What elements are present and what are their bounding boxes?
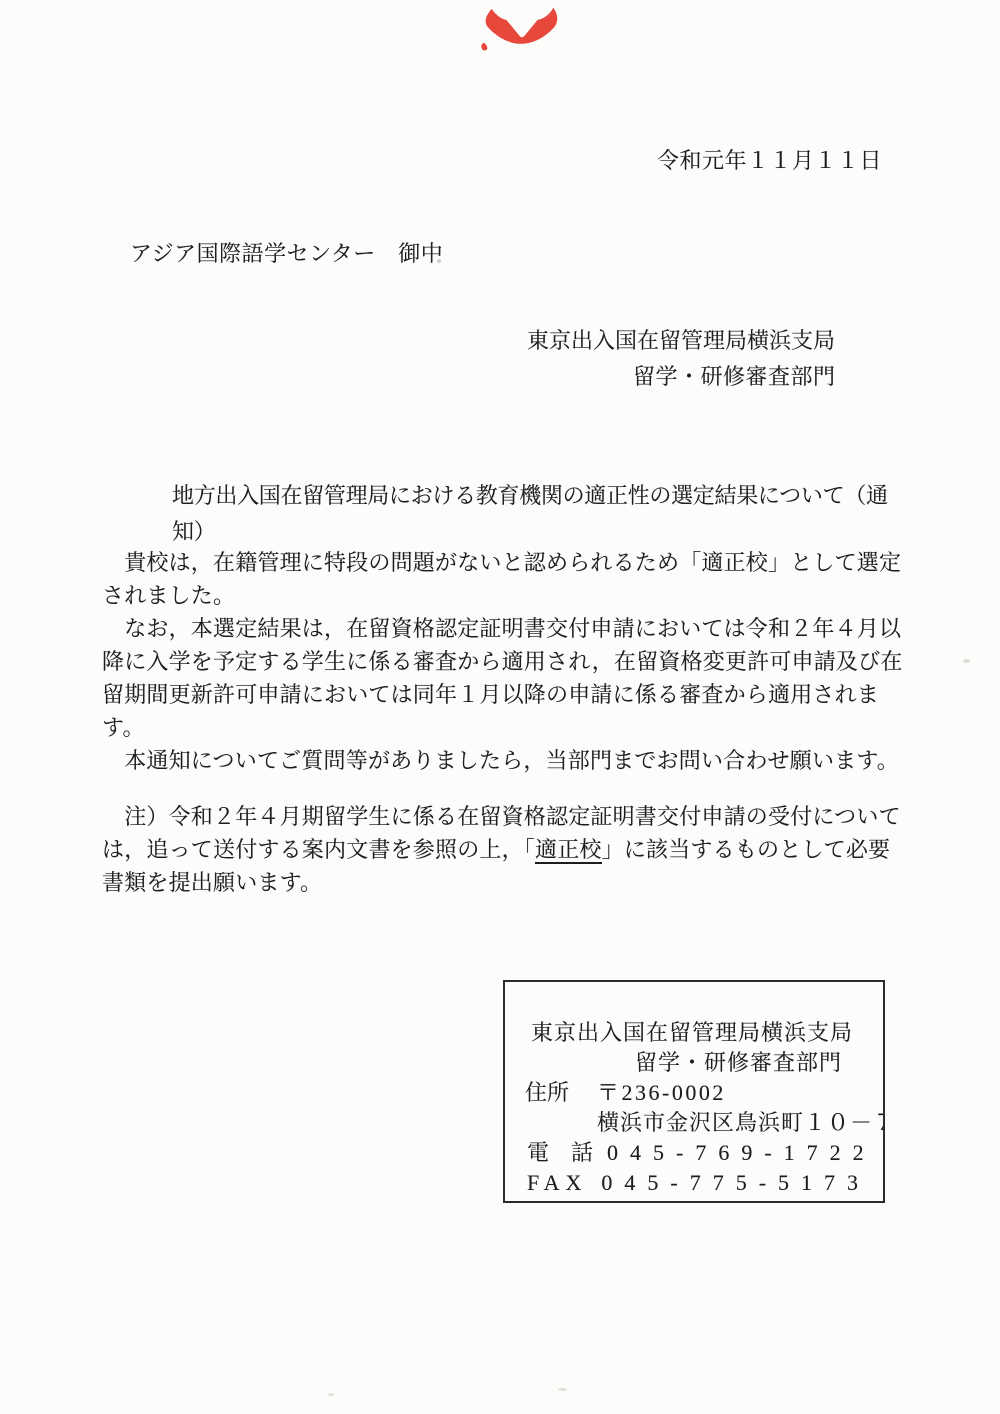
sender-org: 東京出入国在留管理局横浜支局 bbox=[527, 323, 836, 359]
letter-body: 貴校は，在籍管理に特段の問題がないと認められるため「適正校」として選定 されまし… bbox=[102, 546, 902, 899]
letter-date: 令和元年１１月１１日 bbox=[657, 144, 882, 175]
contact-postal-code: 〒236-0002 bbox=[597, 1080, 726, 1105]
stamp-wing-shape bbox=[486, 8, 558, 44]
body-line-2: されました。 bbox=[102, 579, 902, 612]
note-line-3: 書類を提出願います。 bbox=[102, 866, 902, 899]
subject-title-line1: 地方出入国在留管理局における教育機関の適正性の選定結果について（通 bbox=[172, 478, 888, 514]
red-stamp-logo-icon bbox=[476, 2, 568, 58]
contact-phone-number: 045-769-1722 bbox=[607, 1140, 876, 1165]
red-stamp-logo-svg bbox=[476, 2, 568, 58]
body-line-5: 留期間更新許可申請においては同年１月以降の申請に係る審査から適用されま bbox=[102, 678, 902, 711]
contact-info-box: 東京出入国在留管理局横浜支局 留学・研修審査部門 住所〒236-0002 横浜市… bbox=[503, 980, 885, 1203]
scanned-letter-page: 令和元年１１月１１日 アジア国際語学センター 御中 東京出入国在留管理局横浜支局… bbox=[0, 0, 1000, 1414]
note-line2-post: 」に該当するものとして必要 bbox=[602, 837, 891, 862]
sender-dept: 留学・研修審査部門 bbox=[633, 359, 836, 395]
body-line-4: 降に入学を予定する学生に係る審査から適用され，在留資格変更許可申請及び在 bbox=[102, 645, 902, 678]
contact-phone-label: 電 話 bbox=[527, 1140, 593, 1165]
body-line-6: す。 bbox=[102, 711, 902, 744]
addressee-line: アジア国際語学センター 御中 bbox=[130, 237, 443, 268]
body-line-3: なお，本選定結果は，在留資格認定証明書交付申請においては令和２年４月以 bbox=[102, 612, 902, 645]
stamp-comma-speck bbox=[481, 43, 487, 51]
contact-street-address: 横浜市金沢区鳥浜町１０－７ bbox=[505, 1108, 883, 1138]
contact-fax-number: 045-775-5173 bbox=[601, 1170, 870, 1195]
scan-artifact bbox=[328, 1393, 334, 1396]
note-line-2: は，追って送付する案内文書を参照の上，「適正校」に該当するものとして必要 bbox=[102, 833, 902, 866]
subject-title-line2: 知） bbox=[172, 514, 888, 550]
contact-fax-row: FAX045-775-5173 bbox=[505, 1168, 883, 1198]
scan-artifact bbox=[437, 259, 441, 263]
sender-block: 東京出入国在留管理局横浜支局 留学・研修審査部門 bbox=[527, 323, 836, 395]
note-paragraph: 注）令和２年４月期留学生に係る在留資格認定証明書交付申請の受付について は，追っ… bbox=[102, 800, 902, 899]
note-underlined-term: 適正校 bbox=[535, 837, 602, 864]
body-line-7: 本通知についてご質問等がありましたら，当部門までお問い合わせ願います。 bbox=[102, 744, 902, 777]
contact-fax-label: FAX bbox=[527, 1170, 587, 1195]
note-line-1: 注）令和２年４月期留学生に係る在留資格認定証明書交付申請の受付について bbox=[102, 800, 902, 833]
contact-phone-row: 電 話045-769-1722 bbox=[505, 1138, 883, 1168]
contact-dept: 留学・研修審査部門 bbox=[505, 1048, 883, 1078]
scan-artifact bbox=[558, 1388, 567, 1391]
scan-artifact bbox=[963, 659, 970, 663]
body-line-1: 貴校は，在籍管理に特段の問題がないと認められるため「適正校」として選定 bbox=[102, 546, 902, 579]
contact-address-label: 住所 bbox=[525, 1080, 569, 1105]
subject-title: 地方出入国在留管理局における教育機関の適正性の選定結果について（通 知） bbox=[172, 478, 888, 550]
contact-address-row: 住所〒236-0002 bbox=[505, 1078, 883, 1108]
contact-org: 東京出入国在留管理局横浜支局 bbox=[505, 1018, 883, 1048]
note-line2-pre: は，追って送付する案内文書を参照の上，「 bbox=[102, 837, 535, 862]
